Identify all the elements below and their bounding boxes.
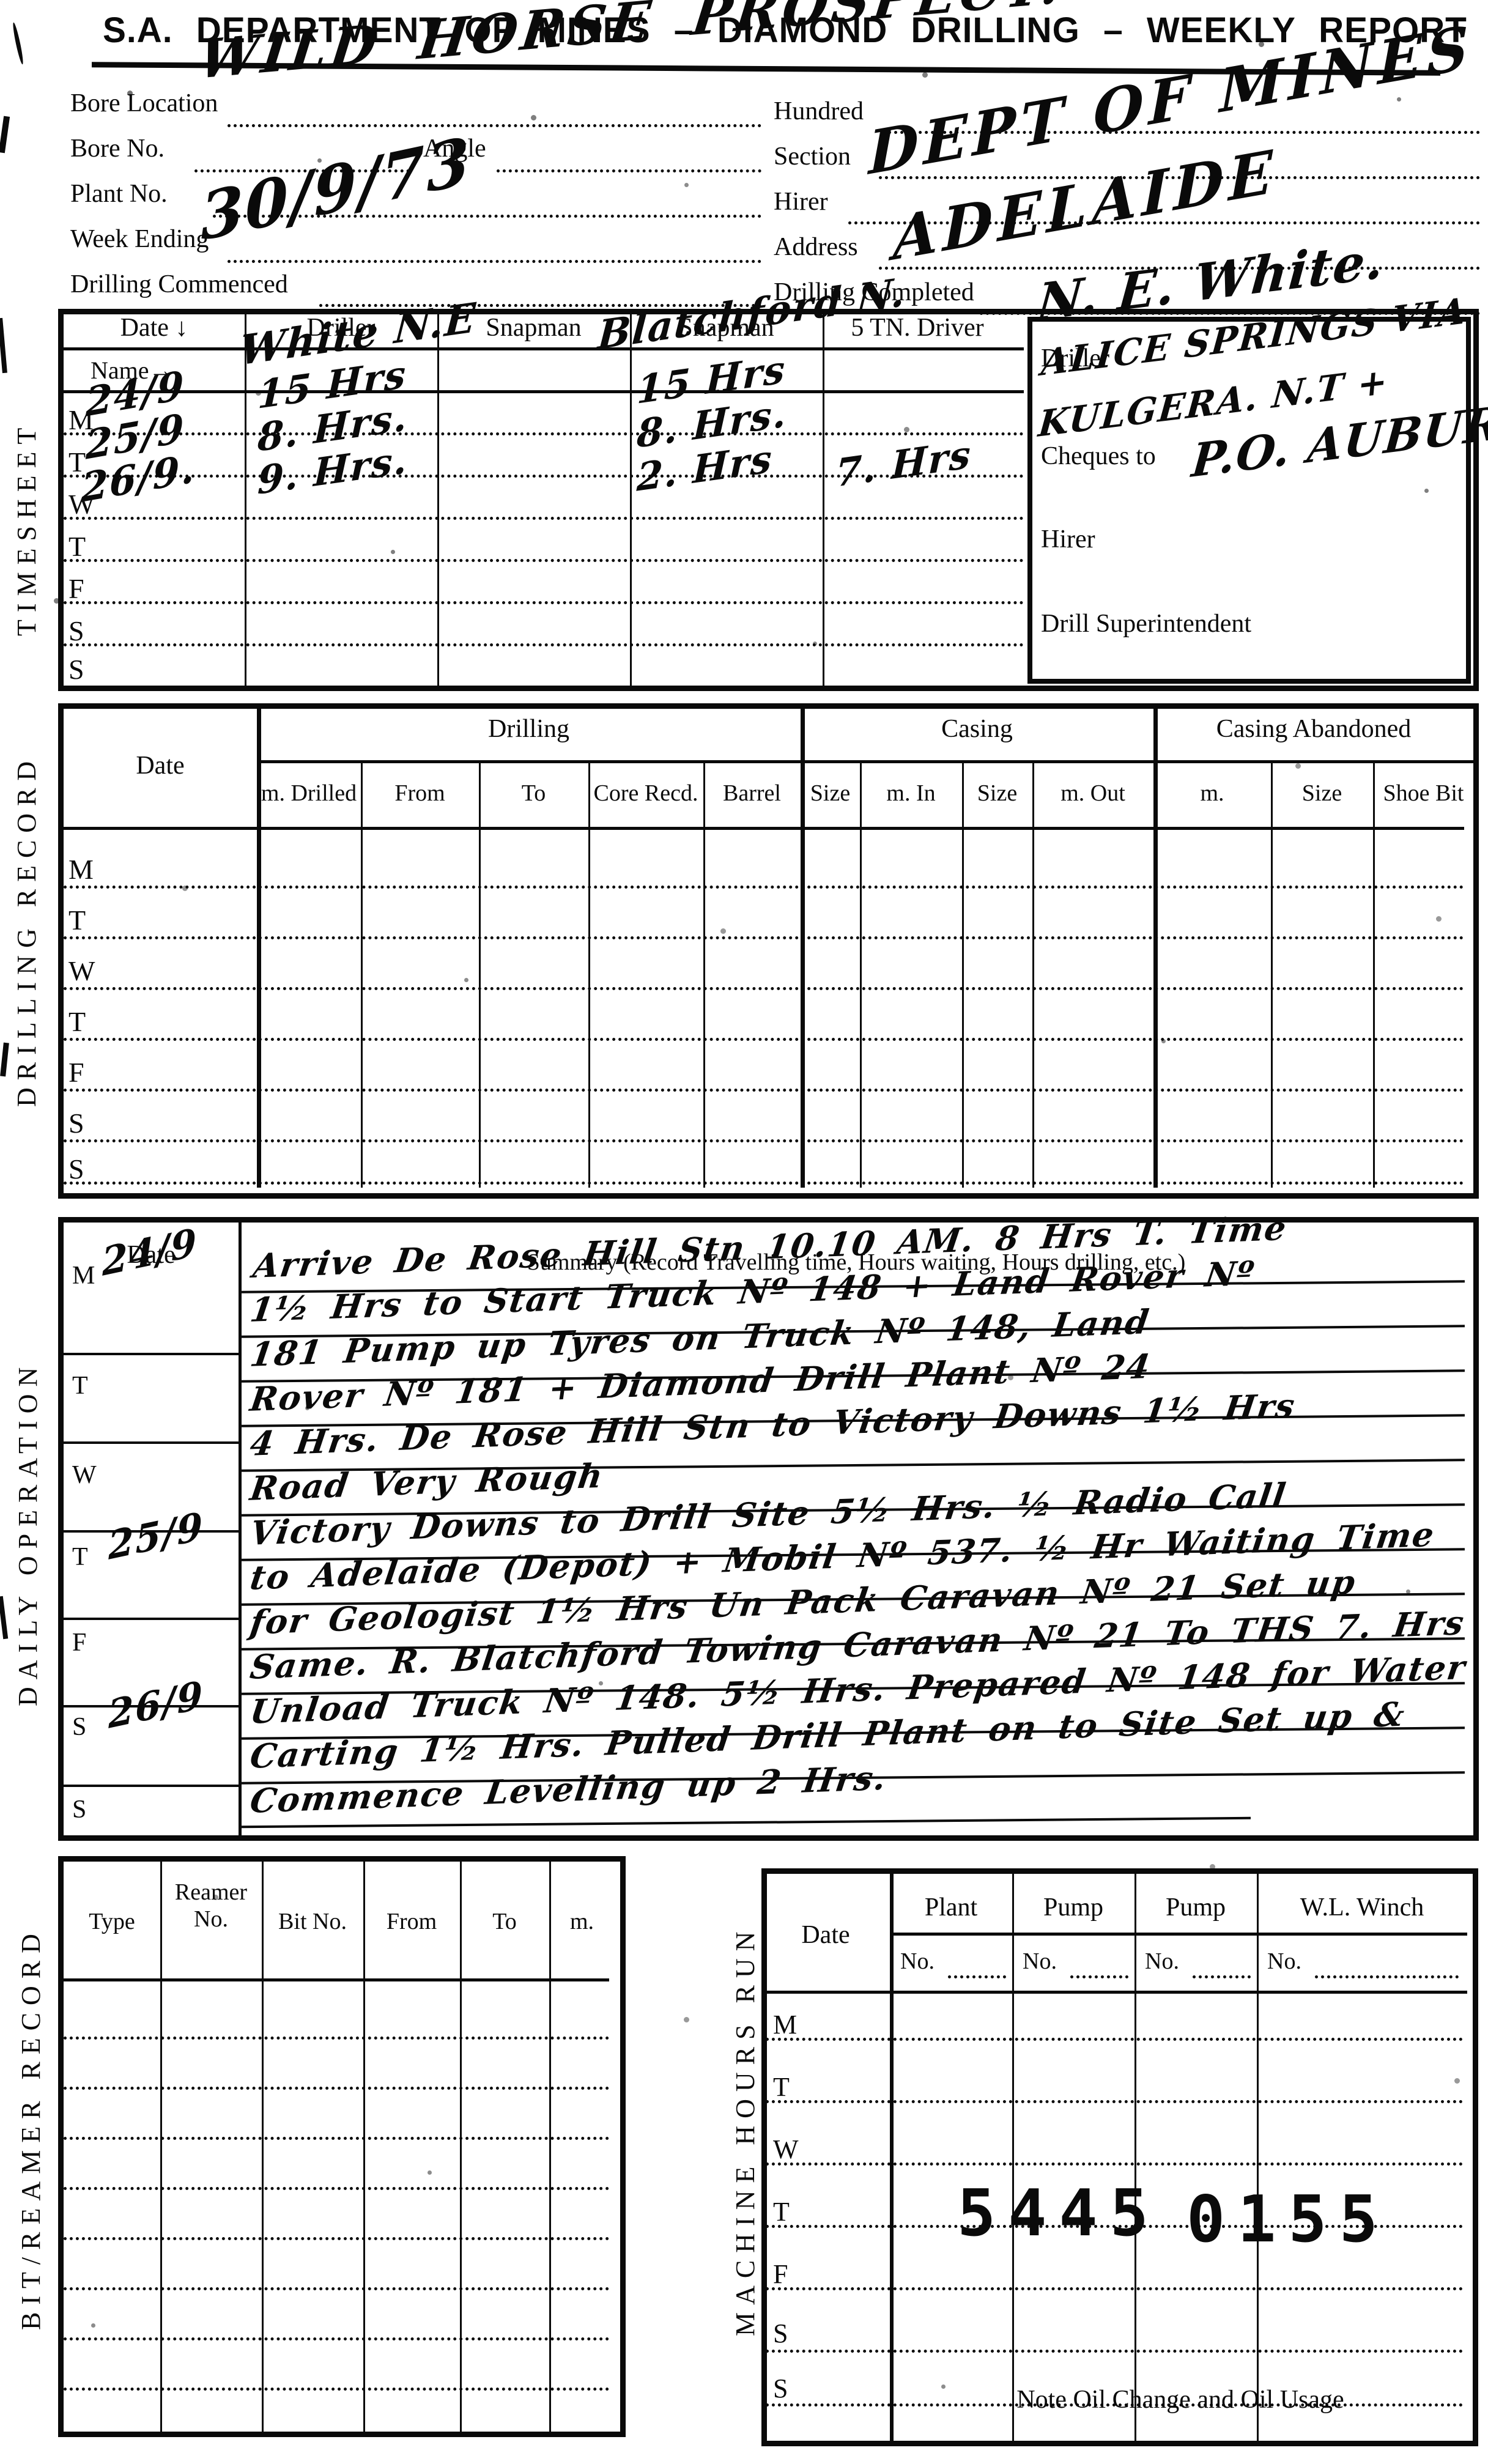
do-day-f: F [72,1628,86,1657]
do-date-sep [64,1785,239,1787]
scan-edge-mark [0,1596,8,1639]
machine-hours-section-label: MACHINE HOURS RUN [730,1981,761,2336]
timesheet-row-line [64,517,1024,520]
mh-group-rule [894,1933,1467,1936]
mh-day: M [773,2009,797,2040]
br-row-line [64,2337,609,2340]
br-col-from: From [363,1908,460,1935]
mh-row-line [766,2162,1463,2166]
br-col-line [160,1856,162,2437]
contact-superintendent-label: Drill Superintendent [1041,609,1251,638]
mh-day: S [773,2373,788,2404]
dr-day: W [68,955,95,987]
do-date-sep [64,1441,239,1444]
dr-row-line [64,1139,1464,1142]
mh-row-line [766,2287,1463,2290]
dr-day: F [68,1056,84,1089]
mh-row-line [766,2350,1463,2353]
br-col-line [363,1856,365,2437]
dr-day: T [68,1005,86,1038]
do-day-s2: S [72,1795,86,1824]
scan-edge-mark [12,22,24,65]
do-day-m: M [72,1261,95,1290]
dr-day: S [68,1107,84,1139]
dr-col-core-recd: Core Recd. [588,780,703,807]
timesheet-col-line [630,309,632,691]
timesheet-row-line [64,559,1024,562]
scan-edge-mark [0,1043,9,1077]
br-col-reamer-no: Reamer No. [165,1879,257,1933]
scan-edge-mark [0,318,7,373]
dr-casing-divider [801,703,805,1188]
mh-col-plant: Plant [890,1893,1012,1922]
mh-day: T [773,2196,790,2227]
machine-hours-box [761,1868,1478,2446]
dr-abandoned-group-header: Casing Abandoned [1153,714,1474,744]
br-col-bit-no: Bit No. [262,1908,363,1935]
br-row-line [64,2087,609,2090]
hours-stamp-pump: 0155 [1186,2182,1390,2257]
dr-day: S [68,1153,84,1185]
timesheet-section-label: TIMESHEET [11,373,42,636]
dr-row-line [64,1038,1464,1041]
dr-col-shoe-bit: Shoe Bit [1373,780,1474,807]
dr-drilling-group-header: Drilling [257,714,801,744]
bore-location-label: Bore Location [70,89,218,118]
dr-date-divider [257,703,261,1188]
dr-row-line [64,987,1464,990]
oil-change-note: Note Oil Change and Oil Usage [899,2385,1462,2414]
timesheet-date-header: Date ↓ [64,313,245,342]
timesheet-name-rule [64,390,1024,393]
section-label: Section [774,142,851,171]
dr-col-line [703,760,705,1188]
mh-date-divider [890,1868,894,2446]
dr-abandoned-divider [1153,703,1158,1188]
mh-day: F [773,2259,788,2290]
hours-stamp-plant: 5445 [957,2176,1161,2251]
dr-col-line [860,760,862,1188]
scan-edge-mark [0,116,10,154]
br-col-to: To [460,1908,549,1935]
do-date-sep [64,1353,239,1355]
dr-row-line [64,886,1464,889]
br-row-line [64,2388,609,2391]
week-ending-line [228,260,761,263]
br-row-line [64,2237,609,2240]
br-row-line [64,2137,609,2140]
dr-col-m-in: m. In [860,780,962,807]
timesheet-day-f: F [68,572,84,605]
plant-no-label: Plant No. [70,179,168,209]
bore-location-line [228,124,761,127]
mh-date-header: Date [761,1920,890,1950]
timesheet-col-line [823,309,824,691]
dr-col-ab-size: Size [1271,780,1373,807]
daily-operation-section-label: DAILY OPERATION [12,1376,43,1706]
dr-day: M [68,853,94,886]
mh-col-pump1: Pump [1012,1893,1135,1922]
drilling-record-section-label: DRILLING RECORD [11,801,42,1107]
dr-col-m-out: m. Out [1032,780,1153,807]
bit-reamer-box [58,1856,626,2437]
dr-row-line [64,1089,1464,1092]
mh-no-line [1070,1975,1128,1978]
dr-col-line [1271,760,1273,1188]
dr-col-line [962,760,964,1188]
do-day-t2: T [72,1542,88,1572]
br-row-line [64,2187,609,2190]
br-col-line [262,1856,264,2437]
mh-day: T [773,2071,790,2103]
address-label: Address [774,232,858,262]
bore-no-label: Bore No. [70,134,165,163]
dr-col-from: From [361,780,479,807]
dr-col-m-drilled: m. Drilled [257,780,361,807]
br-header-rule [64,1978,609,1981]
drilling-commenced-label: Drilling Commenced [70,270,288,299]
timesheet-row-line [64,643,1024,646]
br-col-line [549,1856,551,2437]
dr-group-rule [257,760,1474,763]
mh-row-line [766,2100,1463,2103]
mh-col-line [1012,1868,1014,2446]
week-ending-value-handwriting: 30/9/73 [199,122,472,256]
dr-col-barrel: Barrel [703,780,801,807]
angle-line [497,169,761,172]
mh-day: S [773,2318,788,2349]
dr-casing-group-header: Casing [801,714,1153,744]
dr-day: T [68,904,86,936]
timesheet-day-s2: S [68,653,84,686]
dr-col-line [361,760,363,1188]
mh-row-line [766,2038,1463,2041]
week-ending-label: Week Ending [70,224,209,254]
br-row-line [64,2037,609,2040]
timesheet-row-line [64,601,1024,604]
timesheet-day-t2: T [68,530,86,563]
hirer-label: Hirer [774,187,828,216]
br-col-line [460,1856,462,2437]
mh-no-label-winch: No. [1267,1948,1301,1975]
br-row-line [64,2287,609,2290]
timesheet-header-rule [64,347,1024,350]
mh-col-winch: W.L. Winch [1257,1893,1467,1922]
weekly-report-form: S.A. DEPARTMENT OF MINES – DIAMOND DRILL… [0,0,1488,2464]
mh-header-rule [761,1991,1467,1994]
dr-row-line [64,1182,1464,1185]
dr-col-size1: Size [801,780,860,807]
mh-no-label-pump1: No. [1023,1948,1057,1975]
mh-col-line [1135,1868,1136,2446]
mh-col-pump2: Pump [1135,1893,1257,1922]
do-date-sep [64,1618,239,1620]
hundred-label: Hundred [774,97,864,126]
bit-reamer-section-label: BIT/REAMER RECORD [15,1988,46,2330]
dr-col-ab-m: m. [1153,780,1271,807]
do-day-t1: T [72,1371,88,1400]
br-col-m: m. [549,1908,615,1935]
mh-no-label-pump2: No. [1145,1948,1179,1975]
dr-col-line [1032,760,1034,1188]
dr-row-line [64,936,1464,939]
do-day-w: W [72,1460,97,1490]
timesheet-row-line [64,432,1024,435]
dr-col-size2: Size [962,780,1032,807]
dr-col-to: To [479,780,588,807]
timesheet-col-line [437,309,439,691]
do-date-divider [239,1217,242,1841]
mh-day: W [773,2134,799,2165]
mh-no-line [1315,1975,1459,1978]
drilling-record-box [58,703,1479,1199]
contact-cheques-label: Cheques to [1041,442,1156,471]
dr-col-line [1373,760,1375,1188]
dr-col-line [588,760,590,1188]
dr-subheader-rule [64,827,1464,830]
mh-no-label-plant: No. [900,1948,935,1975]
br-col-type: Type [64,1908,160,1935]
timesheet-day-s1: S [68,615,84,647]
do-day-s1: S [72,1712,86,1742]
mh-col-line [1257,1868,1259,2446]
mh-no-line [1193,1975,1251,1978]
scan-speckle-noise [0,0,3,3]
dr-date-header: Date [64,751,257,780]
mh-no-line [948,1975,1006,1978]
contact-hirer-label: Hirer [1041,525,1095,554]
dr-col-line [479,760,481,1188]
